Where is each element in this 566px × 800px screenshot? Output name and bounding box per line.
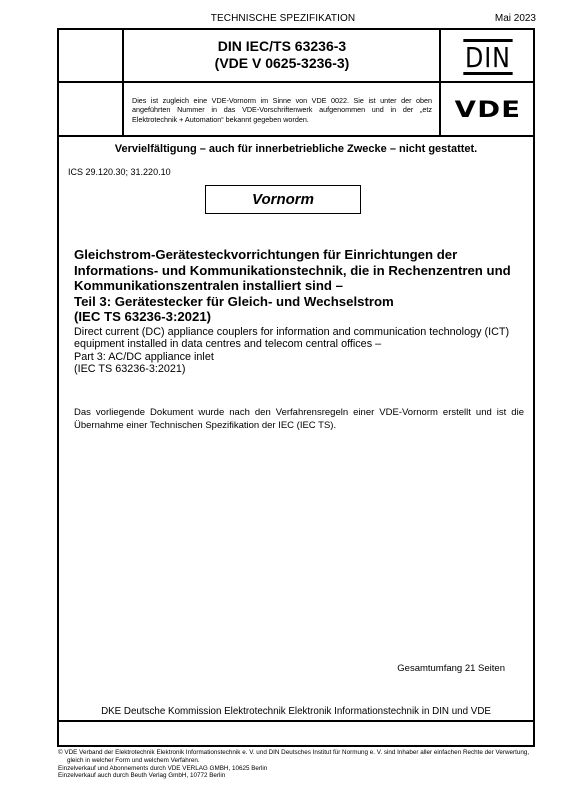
publisher: DKE Deutsche Kommission Elektrotechnik E… (59, 706, 533, 717)
title-english-line: (IEC TS 63236-3:2021) (74, 363, 534, 375)
copyright-line: Einzelverkauf auch durch Beuth Verlag Gm… (58, 772, 529, 780)
document-type: TECHNISCHE SPEZIFIKATION (0, 13, 566, 24)
footer-divider (57, 720, 535, 722)
vde-logo: VDE (429, 84, 547, 136)
title-english: Direct current (DC) appliance couplers f… (74, 326, 534, 376)
title-german: Gleichstrom-Gerätesteckvorrichtungen für… (74, 247, 534, 325)
document-number: DIN IEC/TS 63236-3 (VDE V 0625-3236-3) (124, 38, 440, 72)
copyright-notice: © VDE Verband der Elektrotechnik Elektro… (58, 749, 529, 780)
title-german-line: (IEC TS 63236-3:2021) (74, 309, 534, 325)
ics-code: ICS 29.120.30; 31.220.10 (68, 167, 171, 177)
document-number-vde: (VDE V 0625-3236-3) (124, 55, 440, 72)
title-german-line: Teil 3: Gerätestecker für Gleich- und We… (74, 294, 534, 310)
title-german-line: Informations- und Kommunikationstechnik,… (74, 263, 534, 279)
title-english-line: equipment installed in data centres and … (74, 338, 534, 350)
title-english-line: Part 3: AC/DC appliance inlet (74, 351, 534, 363)
vde-note: Dies ist zugleich eine VDE-Vornorm im Si… (132, 96, 432, 124)
status-badge: Vornorm (205, 185, 361, 214)
copyright-line: Einzelverkauf und Abonnements durch VDE … (58, 765, 529, 773)
total-pages: Gesamtumfang 21 Seiten (397, 663, 505, 674)
row-divider (57, 81, 535, 83)
document-remark: Das vorliegende Dokument wurde nach den … (74, 407, 524, 432)
title-english-line: Direct current (DC) appliance couplers f… (74, 326, 534, 338)
title-german-line: Gleichstrom-Gerätesteckvorrichtungen für… (74, 247, 534, 263)
din-logo-text: DIN (463, 39, 512, 75)
copyright-line: © VDE Verband der Elektrotechnik Elektro… (58, 749, 529, 757)
reproduction-notice: Vervielfältigung – auch für innerbetrieb… (59, 143, 533, 155)
din-logo: DIN (441, 33, 535, 81)
copyright-line: gleich in welcher Form und welchem Verfa… (58, 757, 529, 765)
document-number-din: DIN IEC/TS 63236-3 (124, 38, 440, 55)
title-german-line: Kommunikationszentralen installiert sind… (74, 278, 534, 294)
publication-date: Mai 2023 (495, 13, 536, 24)
